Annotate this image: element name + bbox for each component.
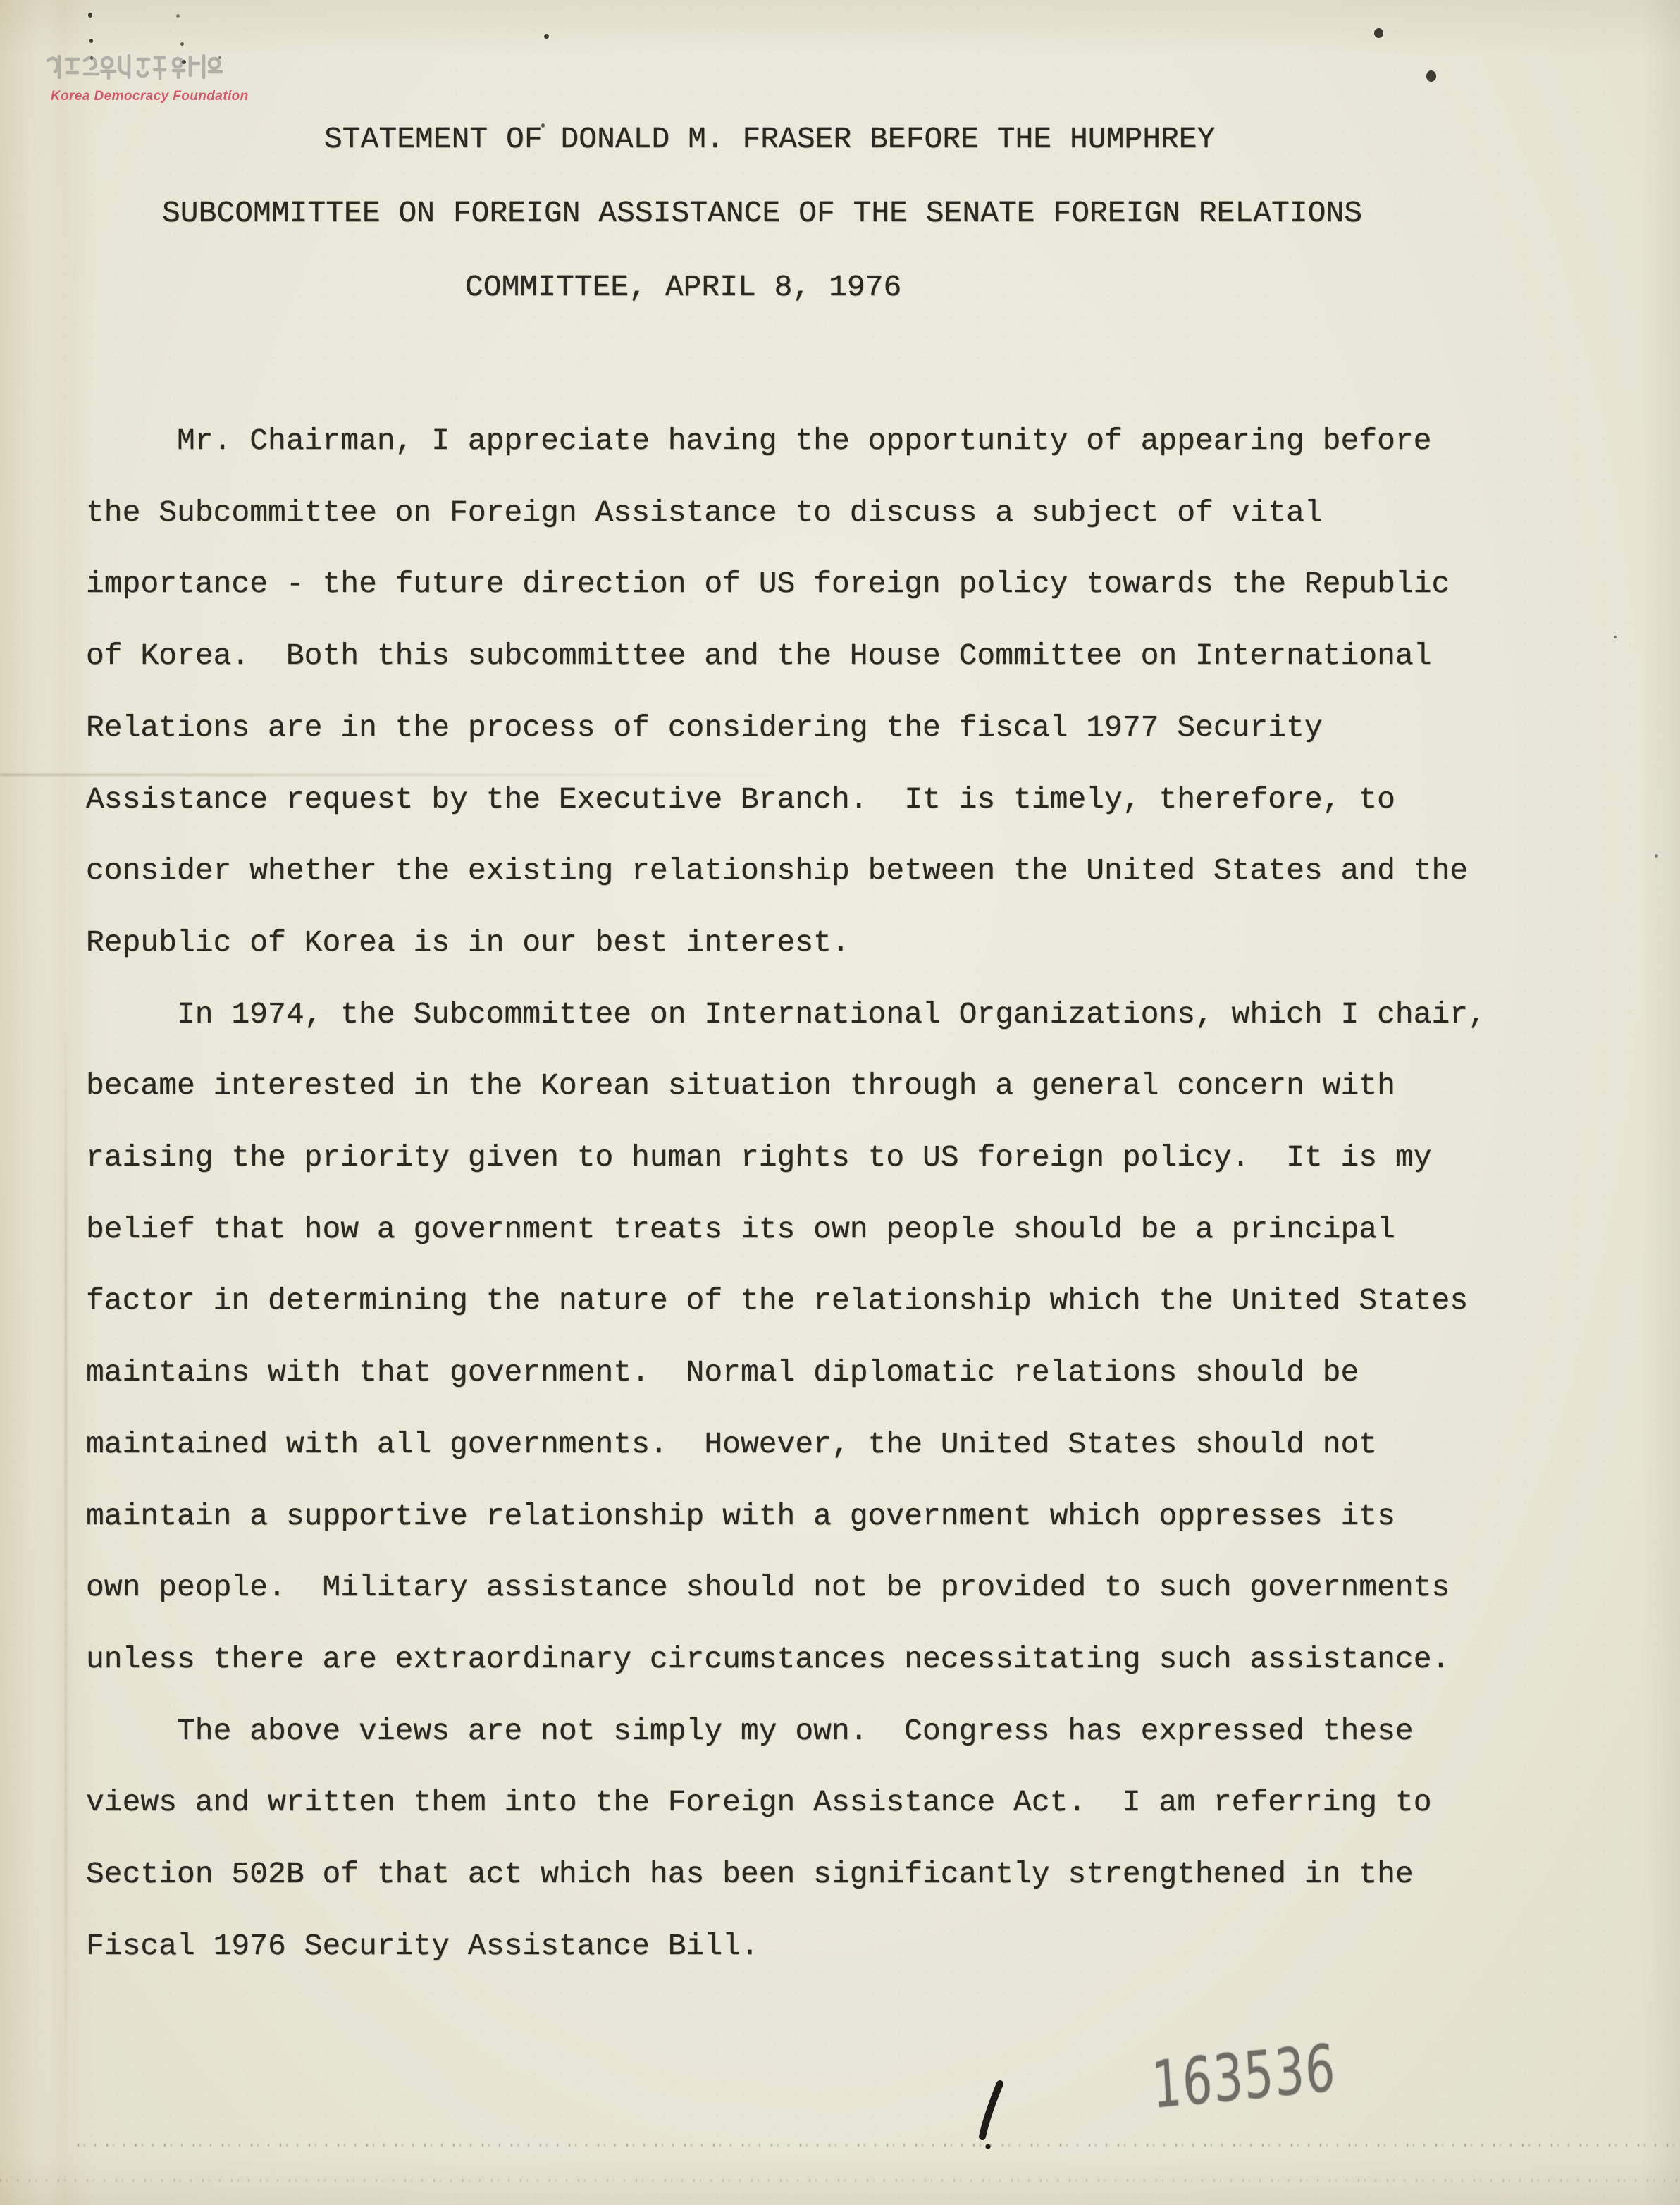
scan-noise-line [0, 2179, 1680, 2182]
body-line: own people. Military assistance should n… [86, 1552, 1636, 1624]
paper-crease-horizontal [0, 774, 810, 776]
body-line: belief that how a government treats its … [86, 1194, 1636, 1266]
handwritten-page-number [975, 2080, 1011, 2154]
body-line: consider whether the existing relationsh… [86, 835, 1636, 907]
ink-speck [88, 13, 92, 18]
body-line: Republic of Korea is in our best interes… [86, 907, 1636, 979]
ink-speck [90, 56, 93, 60]
ink-speck [1655, 854, 1658, 858]
document-page: Korea Democracy Foundation STATEMENT OF … [0, 0, 1680, 2205]
body-line: unless there are extraordinary circumsta… [86, 1624, 1636, 1696]
ink-speck [544, 34, 549, 39]
kdf-watermark: Korea Democracy Foundation [44, 52, 249, 104]
body-line: raising the priority given to human righ… [86, 1122, 1636, 1194]
title-line-2: SUBCOMMITTEE ON FOREIGN ASSISTANCE OF TH… [162, 198, 1362, 228]
body-line: Fiscal 1976 Security Assistance Bill. [86, 1910, 1636, 1982]
body-line: views and written them into the Foreign … [86, 1767, 1636, 1839]
body-line: maintains with that government. Normal d… [86, 1337, 1636, 1409]
body-line: Relations are in the process of consider… [86, 692, 1636, 764]
ink-speck [180, 42, 184, 46]
body-line: Section 502B of that act which has been … [86, 1839, 1636, 1910]
body-line: became interested in the Korean situatio… [86, 1050, 1636, 1122]
ink-speck [218, 56, 221, 59]
title-line-1: STATEMENT OF DONALD M. FRASER BEFORE THE… [324, 124, 1215, 154]
paper-crease-vertical [65, 1022, 67, 2079]
body-line: maintain a supportive relationship with … [86, 1481, 1636, 1552]
ink-speck [1614, 636, 1617, 638]
body-line: The above views are not simply my own. C… [86, 1696, 1636, 1767]
title-line-3: COMMITTEE, APRIL 8, 1976 [465, 272, 901, 302]
ink-speck [182, 60, 186, 64]
body-line: importance - the future direction of US … [86, 548, 1636, 620]
ink-speck [541, 123, 545, 128]
body-line: maintained with all governments. However… [86, 1409, 1636, 1481]
body-line: the Subcommittee on Foreign Assistance t… [86, 477, 1636, 549]
archive-number: 163536 [1150, 2030, 1338, 2123]
body-line: factor in determining the nature of the … [86, 1265, 1636, 1337]
kdf-english-label: Korea Democracy Foundation [51, 89, 249, 104]
body-line: In 1974, the Subcommittee on Internation… [86, 979, 1636, 1051]
ink-speck [89, 39, 93, 43]
ink-speck [1374, 28, 1383, 38]
ink-speck [176, 14, 180, 18]
scan-noise-line [78, 2144, 1680, 2147]
ink-speck [1426, 70, 1436, 82]
document-body: Mr. Chairman, I appreciate having the op… [86, 405, 1636, 1982]
body-line: Mr. Chairman, I appreciate having the op… [86, 405, 1636, 477]
body-line: of Korea. Both this subcommittee and the… [86, 620, 1636, 692]
